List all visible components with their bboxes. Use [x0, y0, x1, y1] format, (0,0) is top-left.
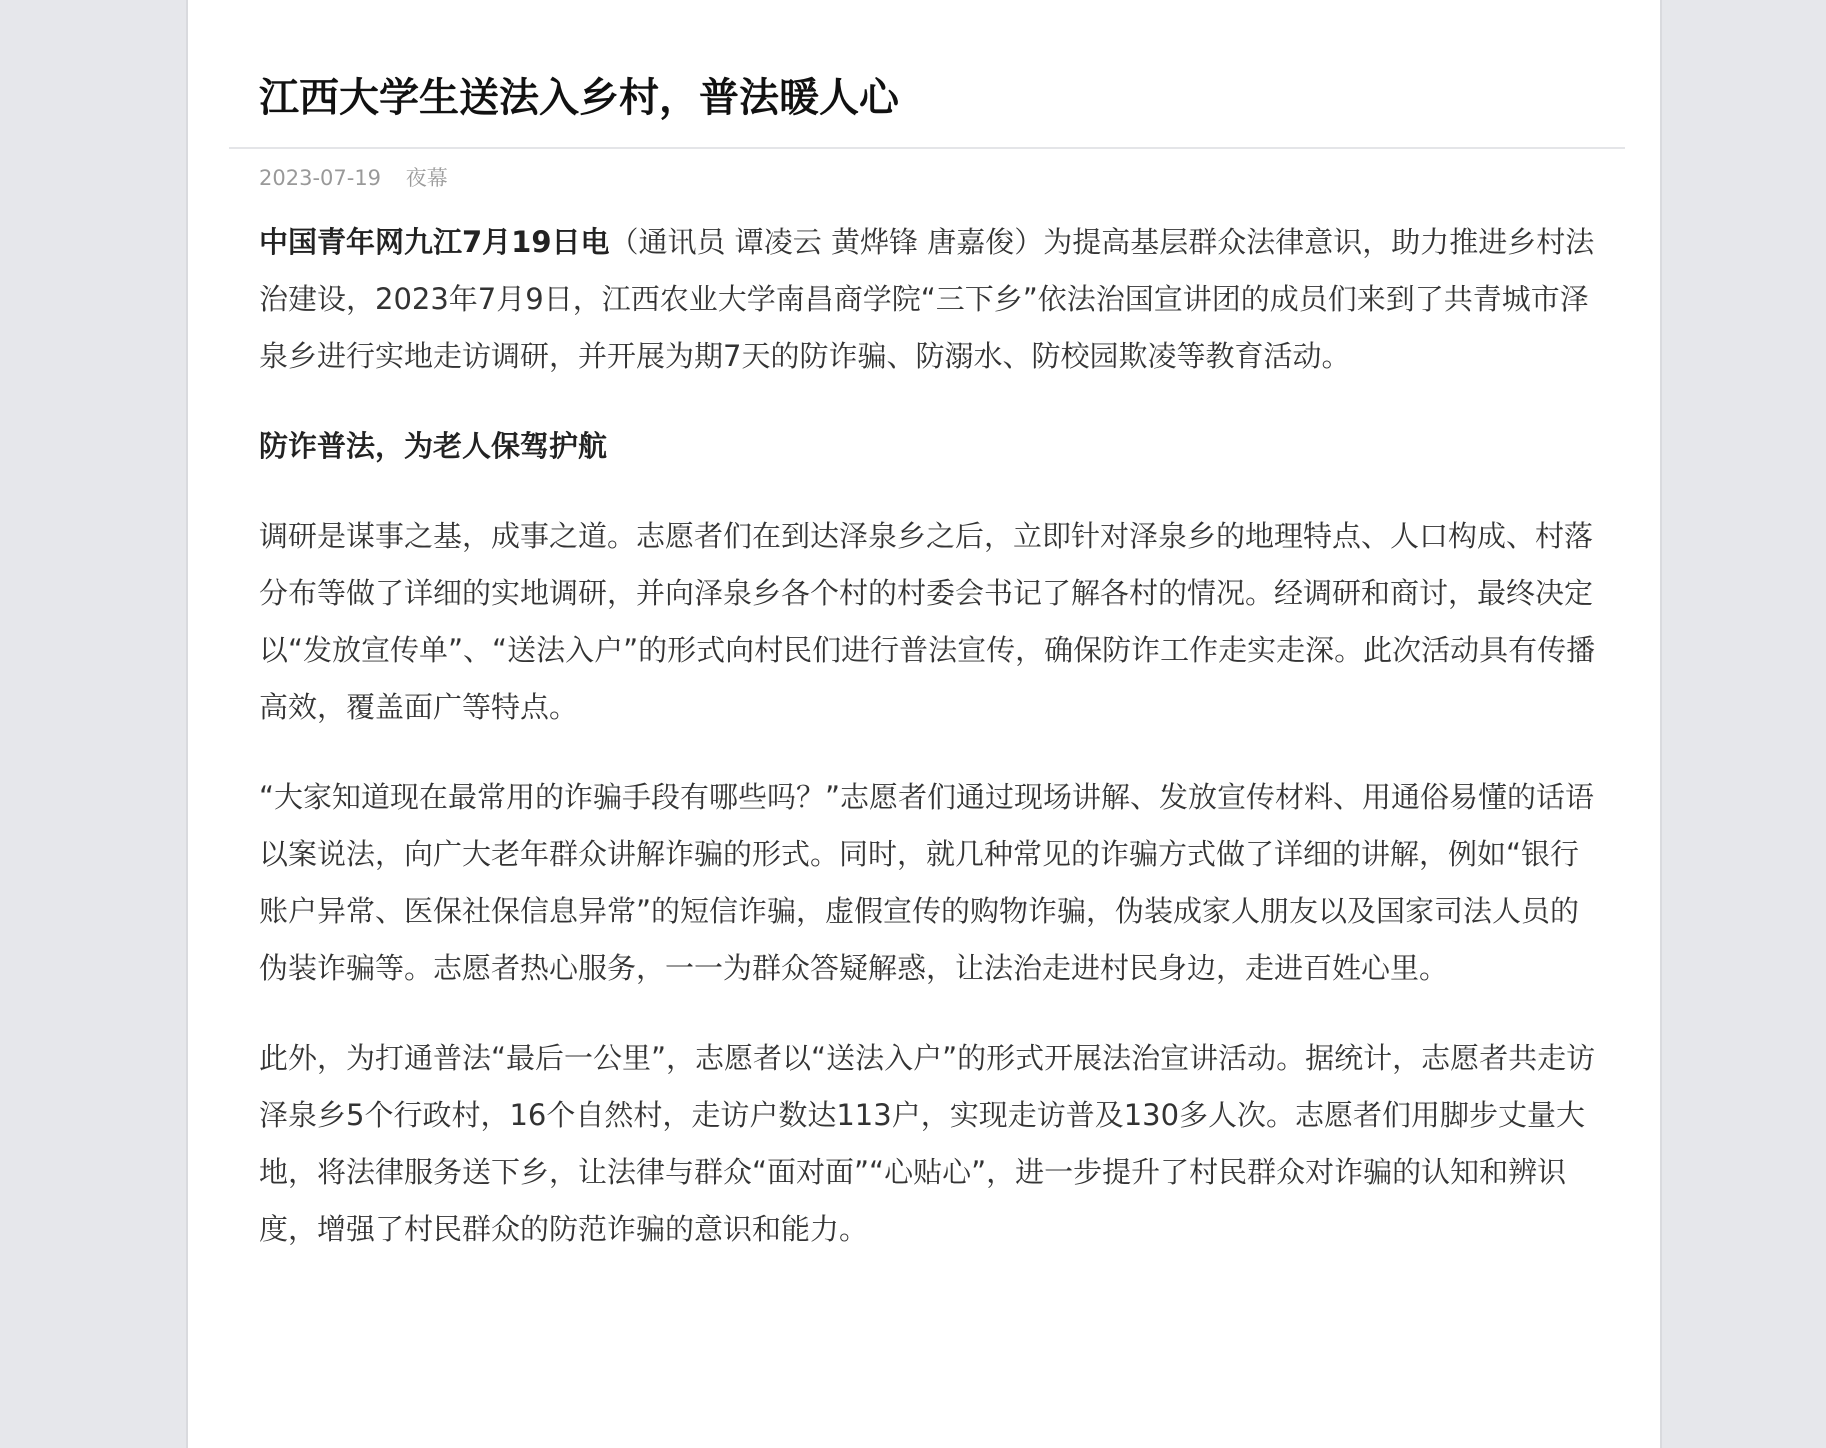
- lead-paragraph: 中国青年网九江7月19日电（通讯员 谭凌云 黄烨锋 唐嘉俊）为提高基层群众法律意…: [259, 214, 1599, 385]
- body-paragraph: 此外，为打通普法“最后一公里”，志愿者以“送法入户”的形式开展法治宣讲活动。据统…: [259, 1030, 1599, 1258]
- dateline: 中国青年网九江7月19日电: [259, 225, 610, 259]
- body-paragraph: 调研是谋事之基，成事之道。志愿者们在到达泽泉乡之后，立即针对泽泉乡的地理特点、人…: [259, 508, 1599, 736]
- article-meta: 2023-07-19 夜幕: [259, 163, 448, 193]
- article-title: 江西大学生送法入乡村，普法暖人心: [259, 70, 899, 126]
- article-body: 中国青年网九江7月19日电（通讯员 谭凌云 黄烨锋 唐嘉俊）为提高基层群众法律意…: [259, 214, 1599, 1291]
- section-subheading: 防诈普法，为老人保驾护航: [259, 418, 1599, 475]
- body-paragraph: “大家知道现在最常用的诈骗手段有哪些吗？”志愿者们通过现场讲解、发放宣传材料、用…: [259, 769, 1599, 997]
- article-card: 江西大学生送法入乡村，普法暖人心 2023-07-19 夜幕 中国青年网九江7月…: [186, 0, 1662, 1448]
- author-name: 夜幕: [406, 166, 448, 190]
- publish-date: 2023-07-19: [259, 166, 381, 190]
- title-divider: [229, 147, 1625, 149]
